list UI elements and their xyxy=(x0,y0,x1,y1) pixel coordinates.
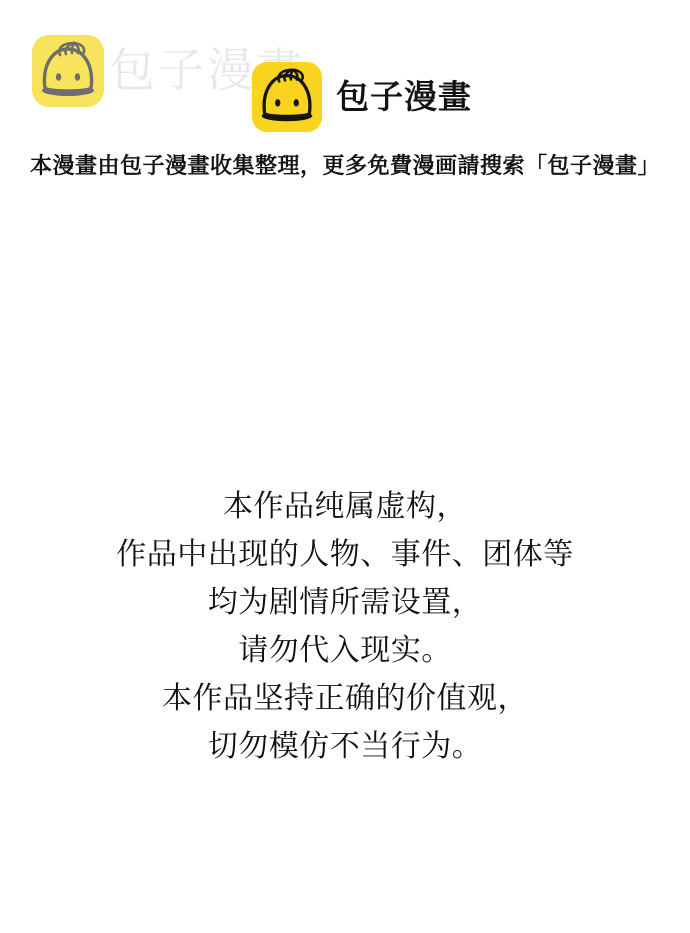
disclaimer-line: 作品中出现的人物、事件、团体等 xyxy=(0,531,690,579)
disclaimer-line: 请勿代入现实。 xyxy=(0,627,690,675)
disclaimer-line: 切勿模仿不当行为。 xyxy=(0,723,690,771)
disclaimer-block: 本作品纯属虚构， 作品中出现的人物、事件、团体等 均为剧情所需设置， 请勿代入现… xyxy=(0,483,690,771)
disclaimer-line: 本作品坚持正确的价值观， xyxy=(0,675,690,723)
disclaimer-line: 本作品纯属虚构， xyxy=(0,483,690,531)
comic-credit-page: { "page": { "background": "#ffffff" }, "… xyxy=(0,0,690,933)
collection-notice: 本漫畫由包子漫畫收集整理，更多免費漫画請搜索「包子漫畫」 xyxy=(0,150,690,182)
baozi-watermark-icon xyxy=(32,35,104,107)
baozi-logo-icon xyxy=(252,62,322,132)
brand-logo-text: 包子漫畫 xyxy=(336,76,472,118)
disclaimer-line: 均为剧情所需设置， xyxy=(0,579,690,627)
baozi-bun-drawing xyxy=(252,62,322,132)
baozi-bun-drawing xyxy=(32,35,104,107)
